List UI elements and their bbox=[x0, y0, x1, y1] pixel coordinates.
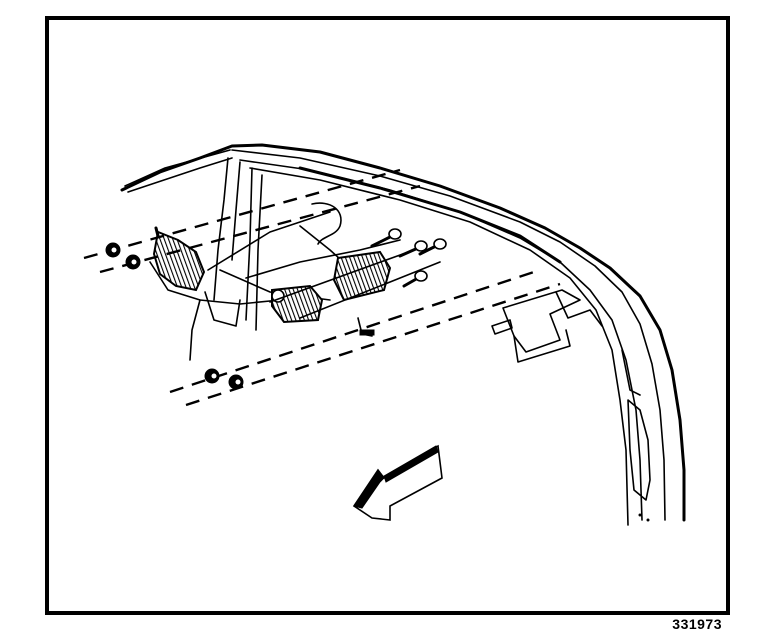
lower-left-nut-2 bbox=[229, 375, 243, 389]
figure-id-label: 331973 bbox=[672, 616, 722, 632]
exploded-view-illustration bbox=[0, 0, 768, 638]
upper-left-nut-2 bbox=[126, 255, 140, 269]
center-clip bbox=[358, 318, 374, 336]
lower-left-nut-1 bbox=[205, 369, 219, 383]
right-bracket bbox=[492, 290, 602, 362]
screw-4 bbox=[404, 271, 427, 286]
right-pillar bbox=[622, 350, 650, 522]
upper-left-nut-1 bbox=[106, 243, 120, 257]
front-direction-arrow bbox=[354, 446, 442, 520]
center-vent-grille bbox=[272, 252, 390, 322]
